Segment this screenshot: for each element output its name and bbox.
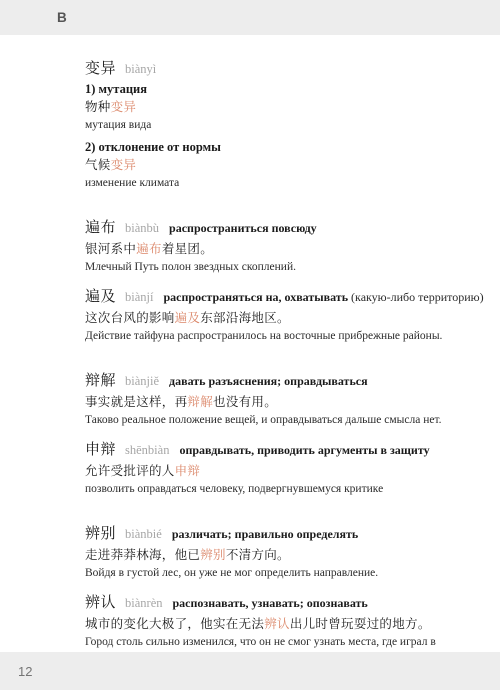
sense-definition: 1) мутация [85,81,472,97]
example-text: 允许受批评的人 [85,464,175,478]
example-text: 着星团。 [162,242,213,256]
entry-example: 银河系中遍布着星团。 [85,240,472,258]
dict-entry: 辨别biànbiéразличать; правильно определять… [85,524,472,580]
example-highlight: 辨别 [200,548,226,562]
entry-headword: 辨别 [85,525,116,542]
example-highlight: 变异 [111,158,137,172]
page-footer-band: 12 [0,652,500,690]
entry-pinyin: biànjiě [125,374,159,388]
entries-list: 变异biànyì 1) мутация 物种变异 мутация вида 2)… [0,35,500,663]
entry-translation: мутация вида [85,118,472,132]
entry-headword: 申辩 [85,441,116,458]
entry-example: 走进莽莽林海，他已辨别不清方向。 [85,546,472,564]
example-text: 出儿时曾玩耍过的地方。 [290,617,431,631]
entry-pinyin: biànbù [125,221,159,235]
entry-headword: 辩解 [85,372,116,389]
example-text: 气候 [85,158,111,172]
entry-definition: различать; правильно определять [172,527,358,541]
entry-headword: 辨认 [85,594,116,611]
entry-pinyin: biànrèn [125,596,162,610]
dictionary-page: B 变异biànyì 1) мутация 物种变异 мутация вида … [0,0,500,690]
entry-pinyin: biànyì [125,62,156,76]
example-highlight: 遍及 [175,311,201,325]
example-highlight: 申辩 [175,464,201,478]
entry-example: 事实就是这样，再辩解也没有用。 [85,393,472,411]
example-text: 银河系中 [85,242,136,256]
example-text: 这次台风的影响 [85,311,175,325]
entry-definition: распространиться повсюду [169,221,317,235]
entry-pinyin: shēnbiàn [125,443,169,457]
entry-pinyin: biànjí [125,290,153,304]
sense-definition: 2) отклонение от нормы [85,139,472,155]
entry-definition-note: (какую-либо территорию) [348,290,484,304]
dict-entry: 遍及biànjíраспространяться на, охватывать … [85,287,472,343]
entry-translation: Млечный Путь полон звездных скоплений. [85,260,472,274]
entry-headword: 变异 [85,60,116,77]
dict-entry: 变异biànyì 1) мутация 物种变异 мутация вида 2)… [85,59,472,190]
entry-definition: распространяться на, охватывать [163,290,348,304]
entry-example: 允许受批评的人申辩 [85,462,472,480]
entry-sense: 1) мутация 物种变异 мутация вида [85,81,472,132]
example-text: 物种 [85,100,111,114]
example-highlight: 辩解 [187,395,213,409]
entry-example: 气候变异 [85,156,472,174]
entry-headword: 遍及 [85,288,116,305]
entry-headline: 申辩shēnbiànоправдывать, приводить аргумен… [85,440,472,460]
entry-translation: позволить оправдаться человеку, подвергн… [85,482,472,496]
entry-definition: оправдывать, приводить аргументы в защит… [179,443,429,457]
example-text: 走进莽莽林海，他已 [85,548,200,562]
example-text: 城市的变化大极了，他实在无法 [85,617,264,631]
example-highlight: 辨认 [264,617,290,631]
entry-headline: 遍布biànbùраспространиться повсюду [85,218,472,238]
entry-headword: 遍布 [85,219,116,236]
entry-example: 这次台风的影响遍及东部沿海地区。 [85,309,472,327]
dict-entry: 申辩shēnbiànоправдывать, приводить аргумен… [85,440,472,496]
entry-definition: распознавать, узнавать; опознавать [173,596,368,610]
section-header-band: B [0,0,500,35]
entry-headline: 变异biànyì [85,59,472,79]
entry-translation: Войдя в густой лес, он уже не мог опреде… [85,566,472,580]
example-text: 不清方向。 [226,548,290,562]
entry-translation: Таково реальное положение вещей, и оправ… [85,413,472,427]
example-text: 也没有用。 [213,395,277,409]
page-number: 12 [18,664,32,679]
example-highlight: 遍布 [136,242,162,256]
section-letter: B [57,10,67,25]
entry-headline: 辩解biànjiěдавать разъяснения; оправдывать… [85,371,472,391]
entry-pinyin: biànbié [125,527,162,541]
entry-headline: 遍及biànjíраспространяться на, охватывать … [85,287,472,307]
entry-example: 城市的变化大极了，他实在无法辨认出儿时曾玩耍过的地方。 [85,615,472,633]
example-highlight: 变异 [111,100,137,114]
entry-headline: 辨别biànbiéразличать; правильно определять [85,524,472,544]
example-text: 事实就是这样，再 [85,395,187,409]
entry-translation: Действие тайфуна распространилось на вос… [85,329,472,343]
entry-example: 物种变异 [85,98,472,116]
example-text: 东部沿海地区。 [200,311,290,325]
entry-definition: давать разъяснения; оправдываться [169,374,368,388]
entry-translation: изменение климата [85,176,472,190]
dict-entry: 辩解biànjiěдавать разъяснения; оправдывать… [85,371,472,427]
entry-headline: 辨认biànrènраспознавать, узнавать; опознав… [85,593,472,613]
dict-entry: 遍布biànbùраспространиться повсюду 银河系中遍布着… [85,218,472,274]
entry-sense: 2) отклонение от нормы 气候变异 изменение кл… [85,139,472,190]
